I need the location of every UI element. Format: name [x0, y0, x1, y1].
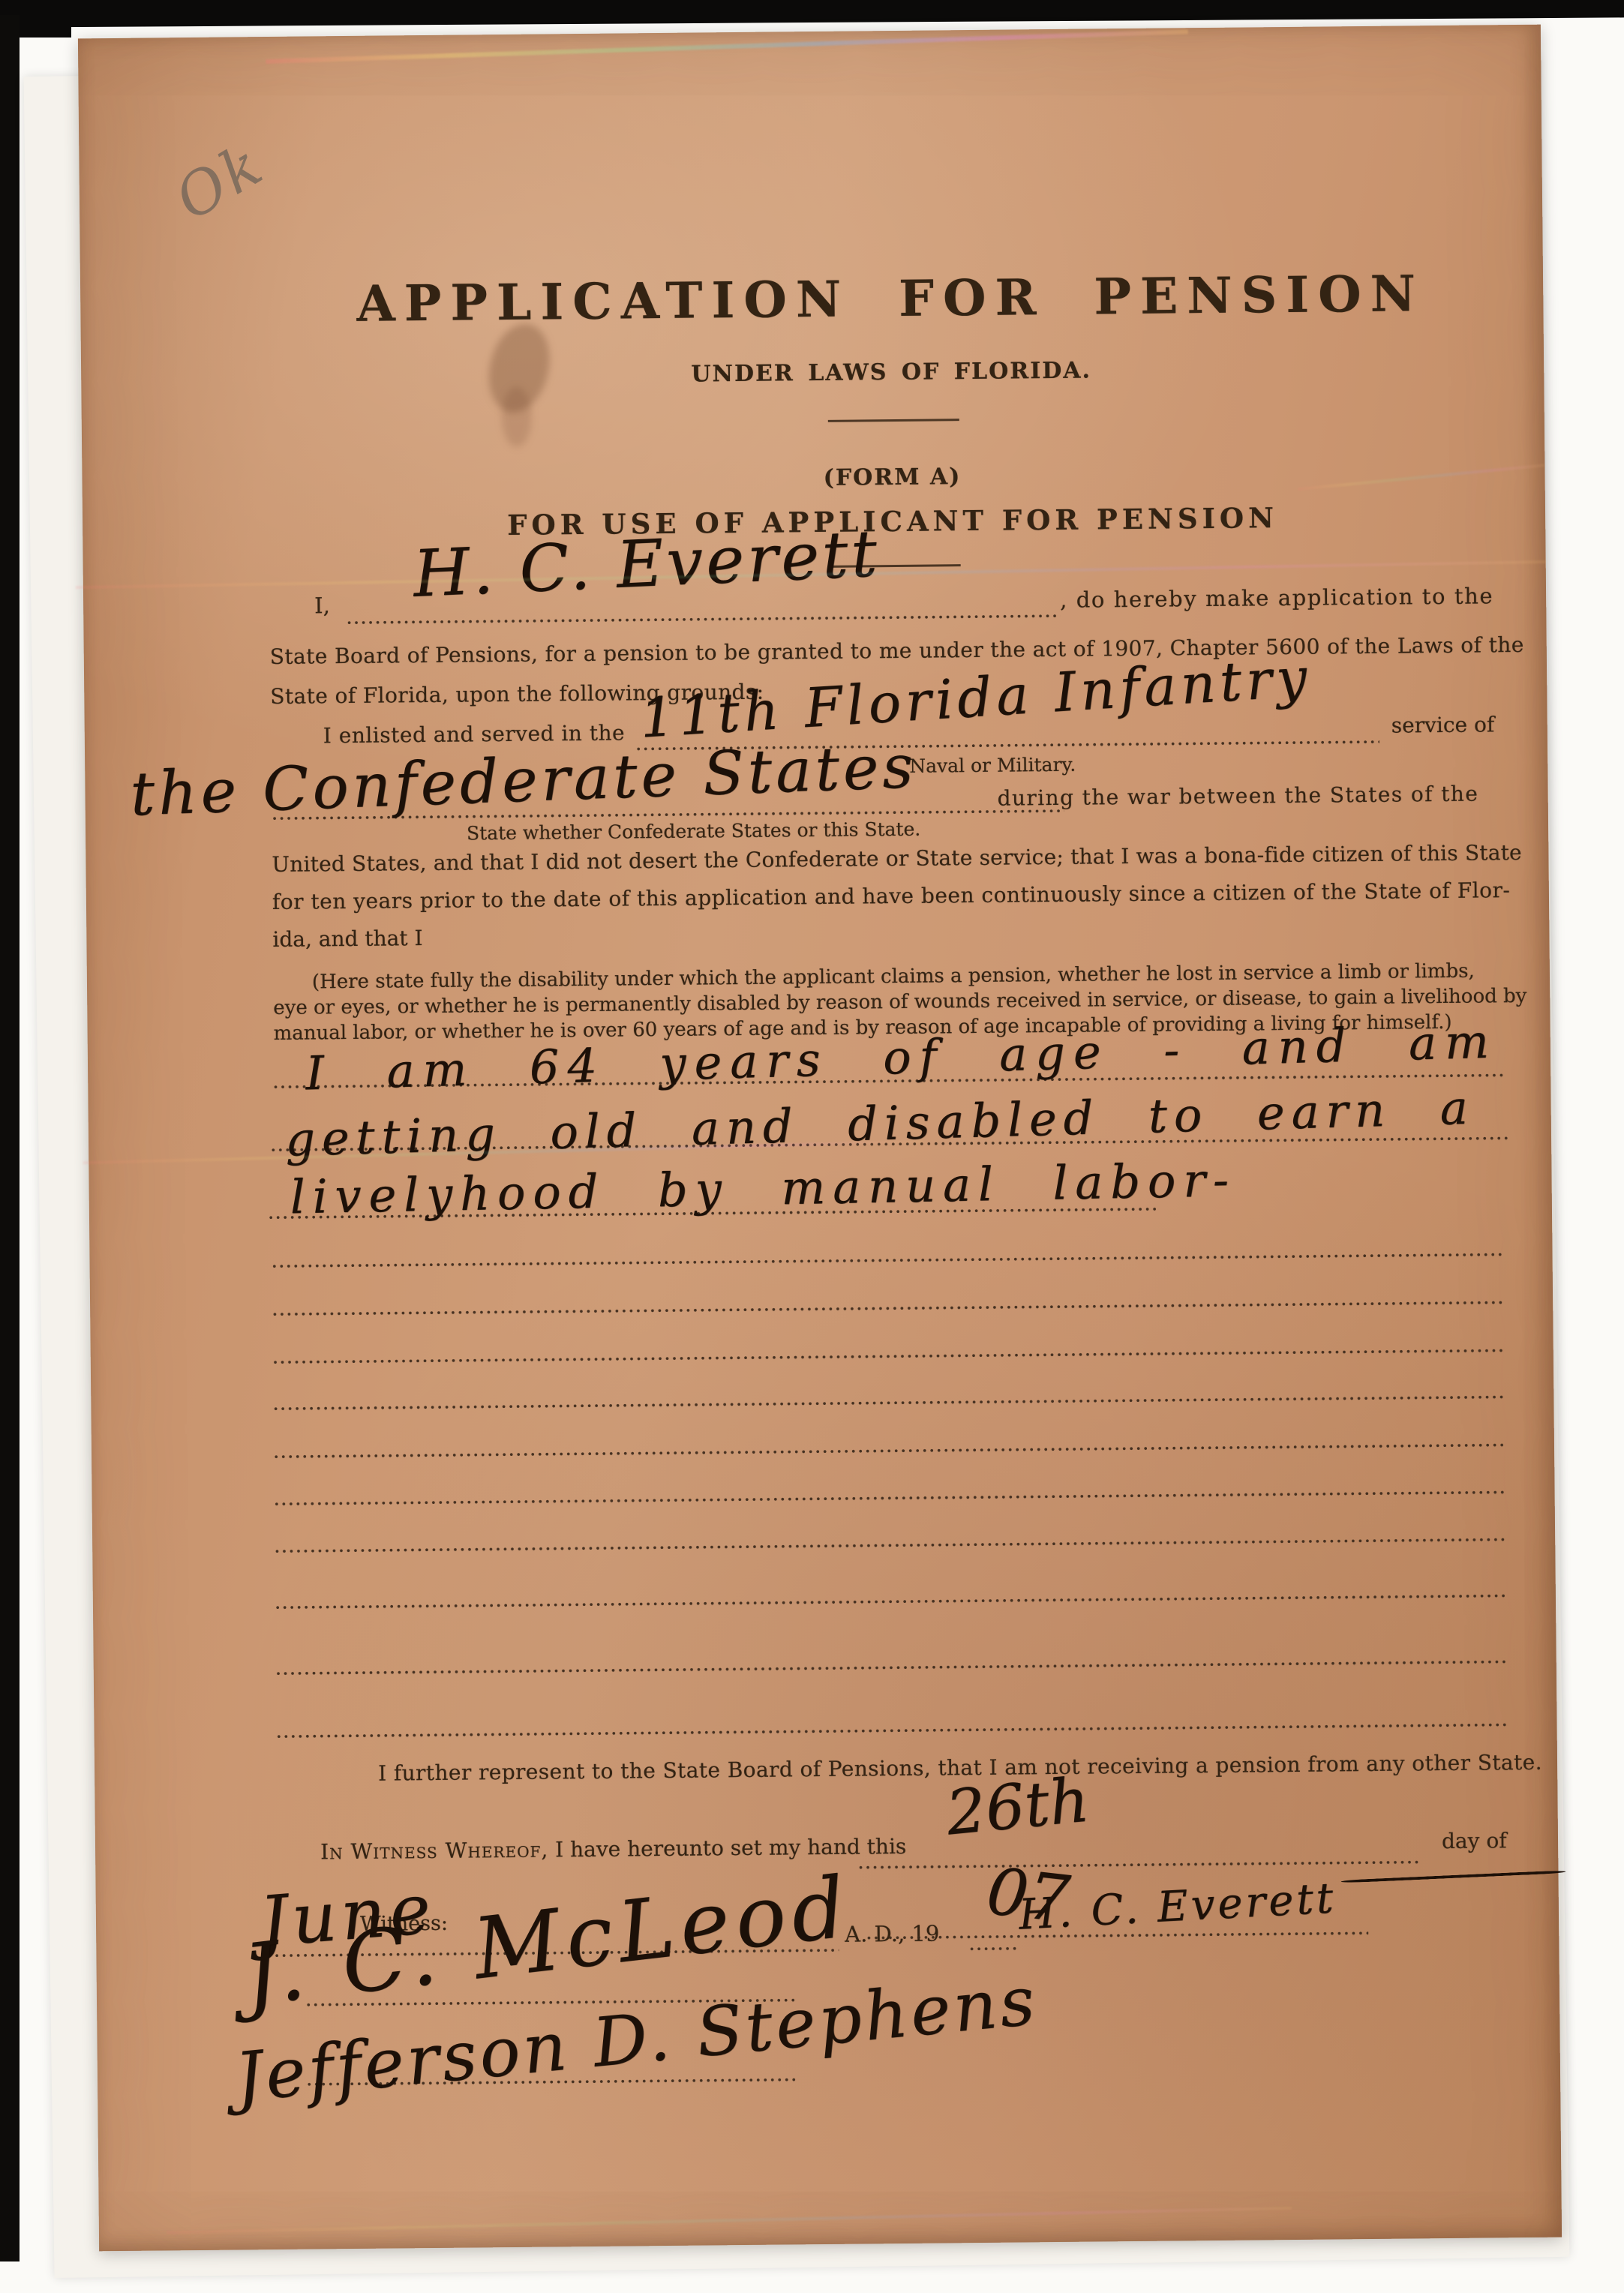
- scanner-left-edge: [0, 15, 20, 2261]
- handwritten-disability-3: livelyhood by manual labor-: [290, 1152, 1236, 1224]
- body-line3: ida, and that I: [272, 926, 422, 952]
- blank-dotted-line: [275, 1490, 1507, 1506]
- state-caption: State whether Confederate States or this…: [467, 818, 920, 845]
- blank-dotted-line: [277, 1660, 1508, 1676]
- day-of-label: day of: [1442, 1828, 1507, 1853]
- opening-suffix: , do hereby make application to the: [1060, 583, 1493, 613]
- scanned-document: Ok APPLICATION FOR PENSION UNDER LAWS OF…: [0, 0, 1624, 2293]
- page-title: APPLICATION FOR PENSION: [193, 263, 1589, 335]
- handwritten-day: 26th: [943, 1765, 1091, 1850]
- body-line2: for ten years prior to the date of this …: [272, 878, 1511, 914]
- blank-dotted-line: [273, 1301, 1505, 1316]
- opening-prefix: I,: [314, 593, 330, 618]
- divider-rule: [828, 419, 959, 422]
- ink-stain-tail: [501, 387, 532, 447]
- ad-19-label: A. D., 19: [845, 1921, 939, 1947]
- service-of: service of: [1391, 712, 1495, 737]
- form-use-heading: FOR USE OF APPLICANT FOR PENSION: [195, 498, 1590, 545]
- body-line1: United States, and that I did not desert…: [272, 840, 1522, 877]
- blank-dotted-line: [274, 1395, 1505, 1411]
- crease-bottom: [167, 2207, 1292, 2234]
- day-fill-line: [859, 1860, 1420, 1869]
- blank-dotted-line: [278, 1723, 1509, 1739]
- year-fill-dots: [970, 1947, 1019, 1952]
- scanner-top-edge: [0, 0, 1624, 28]
- name-fill-line: [347, 614, 1060, 625]
- blank-dotted-line: [273, 1253, 1505, 1268]
- witness-clause: In Witness Whereof, I have hereunto set …: [320, 1834, 907, 1864]
- blank-dotted-line: [275, 1443, 1506, 1459]
- crease-top: [266, 29, 1188, 64]
- blank-dotted-line: [275, 1538, 1507, 1553]
- page-subtitle: UNDER LAWS OF FLORIDA.: [194, 353, 1589, 392]
- witness-clause-smallcaps: In Witness Whereof,: [320, 1838, 548, 1865]
- during-text: during the war between the States of the: [998, 782, 1479, 811]
- pencil-annotation: Ok: [164, 131, 275, 234]
- pension-form-page: Ok APPLICATION FOR PENSION UNDER LAWS OF…: [78, 25, 1562, 2252]
- signature-flourish: [1341, 1870, 1566, 1883]
- form-label: (FORM A): [194, 458, 1589, 497]
- opening-line2: State Board of Pensions, for a pension t…: [270, 632, 1524, 669]
- blank-dotted-line: [276, 1594, 1508, 1610]
- blank-dotted-line: [274, 1349, 1505, 1364]
- witness-clause-rest: I have hereunto set my hand this: [548, 1834, 906, 1862]
